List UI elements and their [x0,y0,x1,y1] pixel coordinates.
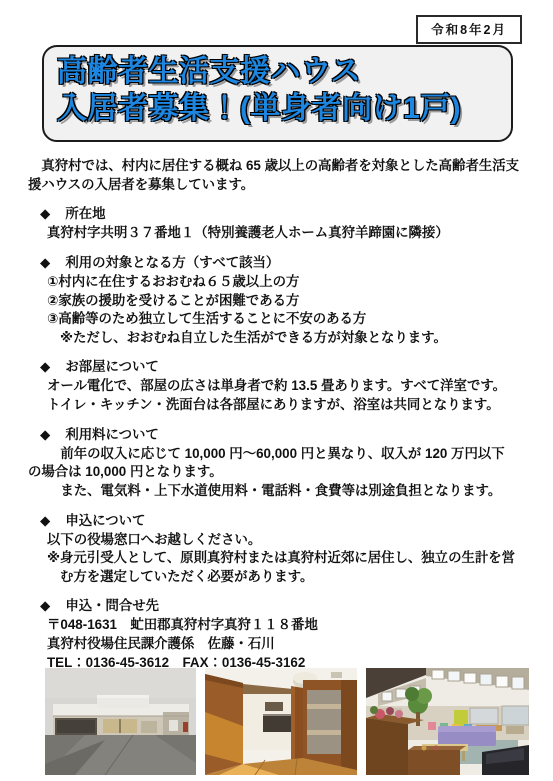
section-heading: 申込について [65,512,145,531]
date-badge: 令和8年2月 [416,15,522,44]
section-body: 前年の収入に応じて 10,000 円～60,000 円と異なり、収入が 120 … [28,445,529,501]
diamond-bullet-icon: ◆ [40,358,50,377]
section-rooms: ◆ お部屋について オール電化で、部屋の広さは単身者で約 13.5 畳あります。… [28,358,529,414]
body-line: ※身元引受人として、原則真狩村または真狩村近郊に居住し、独立の生計を営 [47,549,529,568]
body-line: ①村内に在住するおおむね６５歳以上の方 [47,273,529,292]
room-interior-photo [205,668,357,775]
section-body: 以下の役場窓口へお越しください。 ※身元引受人として、原則真狩村または真狩村近郊… [28,531,529,587]
section-heading: 所在地 [65,205,105,224]
diamond-bullet-icon: ◆ [40,426,50,445]
contact-address-line: 〒048-1631 虻田郡真狩村字真狩１１８番地 [47,616,529,635]
intro-line: 援ハウスの入居者を募集しています。 [28,176,529,195]
section-body: 真狩村字共明３７番地１（特別養護老人ホーム真狩羊蹄園に隣接） [28,224,529,243]
body-line: む方を選定していただく必要があります。 [60,568,529,587]
diamond-bullet-icon: ◆ [40,597,50,616]
diamond-bullet-icon: ◆ [40,254,50,273]
section-body: オール電化で、部屋の広さは単身者で約 13.5 畳あります。すべて洋室です。 ト… [28,377,529,414]
section-eligibility: ◆ 利用の対象となる方（すべて該当） ①村内に在住するおおむね６５歳以上の方 ②… [28,254,529,347]
section-heading-row: ◆ お部屋について [28,358,529,377]
section-heading: 利用の対象となる方（すべて該当） [65,254,279,273]
common-room-photo [366,668,529,775]
intro-line: 真狩村では、村内に居住する概ね 65 歳以上の高齢者を対象とした高齢者生活支 [28,157,529,176]
facility-exterior-photo [45,668,196,775]
body-line: また、電気料・上下水道使用料・電話料・食費等は別途負担となります。 [47,482,529,501]
contact-office-line: 真狩村役場住民課介護係 佐藤・石川 [47,635,529,654]
title-line-2: 入居者募集！(単身者向け1戸) [57,90,511,127]
body-line: ②家族の援助を受けることが困難である方 [47,292,529,311]
section-body: ①村内に在住するおおむね６５歳以上の方 ②家族の援助を受けることが困難である方 … [28,273,529,347]
section-fees: ◆ 利用料について 前年の収入に応じて 10,000 円～60,000 円と異な… [28,426,529,501]
section-heading-row: ◆ 利用料について [28,426,529,445]
body-line: 真狩村字共明３７番地１（特別養護老人ホーム真狩羊蹄園に隣接） [47,224,529,243]
body-line: トイレ・キッチン・洗面台は各部屋にありますが、浴室は共同となります。 [47,396,529,415]
title-line-1: 高齢者生活支援ハウス [57,53,511,90]
section-heading-row: ◆ 所在地 [28,205,529,224]
section-heading-row: ◆ 利用の対象となる方（すべて該当） [28,254,529,273]
section-heading: 利用料について [65,426,158,445]
section-heading: 申込・問合せ先 [65,597,159,616]
section-body: 〒048-1631 虻田郡真狩村字真狩１１８番地 真狩村役場住民課介護係 佐藤・… [28,616,529,672]
body-line: の場合は 10,000 円となります。 [28,463,529,482]
section-application: ◆ 申込について 以下の役場窓口へお越しください。 ※身元引受人として、原則真狩… [28,512,529,587]
section-contact: ◆ 申込・問合せ先 〒048-1631 虻田郡真狩村字真狩１１８番地 真狩村役場… [28,597,529,672]
title-banner: 高齢者生活支援ハウス 入居者募集！(単身者向け1戸) [42,45,513,142]
body-line: オール電化で、部屋の広さは単身者で約 13.5 畳あります。すべて洋室です。 [47,377,529,396]
intro-paragraph: 真狩村では、村内に居住する概ね 65 歳以上の高齢者を対象とした高齢者生活支 援… [28,157,529,194]
diamond-bullet-icon: ◆ [40,205,50,224]
section-heading-row: ◆ 申込について [28,512,529,531]
section-location: ◆ 所在地 真狩村字共明３７番地１（特別養護老人ホーム真狩羊蹄園に隣接） [28,205,529,243]
section-heading: お部屋について [65,358,158,377]
body-line: 前年の収入に応じて 10,000 円～60,000 円と異なり、収入が 120 … [47,445,529,464]
body-line-note: ※ただし、おおむね自立した生活ができる方が対象となります。 [60,329,529,348]
section-heading-row: ◆ 申込・問合せ先 [28,597,529,616]
body-text: 真狩村では、村内に居住する概ね 65 歳以上の高齢者を対象とした高齢者生活支 援… [28,157,529,672]
photo-strip [45,668,529,775]
diamond-bullet-icon: ◆ [40,512,50,531]
body-line: ③高齢等のため独立して生活することに不安のある方 [47,310,529,329]
flyer-page: 令和8年2月 高齢者生活支援ハウス 入居者募集！(単身者向け1戸) 真狩村では、… [0,0,553,781]
body-line: 以下の役場窓口へお越しください。 [47,531,529,550]
